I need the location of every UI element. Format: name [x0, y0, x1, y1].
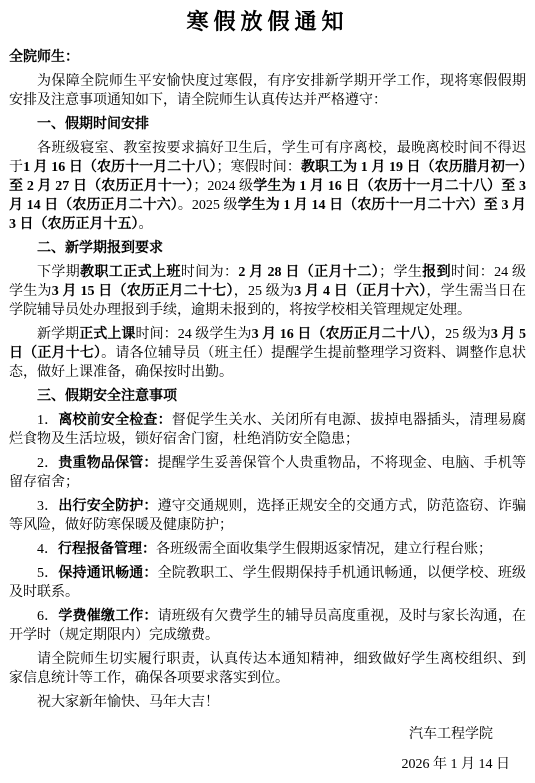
text-run: 为保障全院师生平安愉快度过寒假，有序安排新学期开学工作，现将寒假假期安排及注意事…: [9, 74, 526, 108]
bold-text-run: 教职工正式上班: [80, 265, 181, 280]
text-run: ；2024 级: [193, 179, 253, 194]
bold-text-run: 贵重物品保管：: [58, 456, 157, 471]
text-run: ，25 级为: [431, 327, 491, 342]
signature-block: 汽车工程学院 2026 年 1 月 14 日: [9, 725, 526, 774]
salutation: 全院师生：: [9, 48, 526, 67]
paragraph: 为保障全院师生平安愉快度过寒假，有序安排新学期开学工作，现将寒假假期安排及注意事…: [9, 72, 526, 110]
paragraph: 新学期正式上课时间：24 级学生为3 月 16 日（农历正月二十八），25 级为…: [9, 325, 526, 382]
text-run: 下学期: [37, 265, 80, 280]
bold-text-run: 二、新学期报到要求: [37, 241, 163, 256]
text-run: 请全院师生切实履行职责，认真传达本通知精神，细致做好学生离校组织、到家信息统计等…: [9, 652, 526, 686]
bold-text-run: 学费催缴工作：: [58, 609, 157, 624]
paragraph: 下学期教职工正式上班时间为：2 月 28 日（正月十二）；学生报到时间：24 级…: [9, 263, 526, 320]
bold-text-run: 正式上课: [79, 327, 135, 342]
bold-text-run: 3 月 15 日（农历正月二十七）: [52, 284, 234, 299]
bold-text-run: 报到: [422, 265, 451, 280]
bold-text-run: 3 月 16 日（农历正月二十八）: [252, 327, 431, 342]
text-run: 时间为：: [181, 265, 239, 280]
paragraph: 各班级寝室、教室按要求搞好卫生后，学生可有序离校，最晚离校时间不得迟于1 月 1…: [9, 139, 526, 234]
bold-text-run: 3 月 4 日（正月十六）: [294, 284, 426, 299]
paragraph: 1．离校前安全检查：督促学生关水、关闭所有电源、拔掉电器插头，清理易腐烂食物及生…: [9, 411, 526, 449]
text-run: ，25 级为: [234, 284, 295, 299]
text-run: ；学生: [379, 265, 422, 280]
text-run: 4．: [37, 542, 58, 557]
paragraph: 6．学费催缴工作：请班级有欠费学生的辅导员高度重视，及时与家长沟通，在开学时（规…: [9, 607, 526, 645]
text-run: 2．: [37, 456, 58, 471]
section-heading: 二、新学期报到要求: [9, 239, 526, 258]
paragraph: 祝大家新年愉快、马年大吉！: [9, 693, 526, 712]
paragraph: 请全院师生切实履行职责，认真传达本通知精神，细致做好学生离校组织、到家信息统计等…: [9, 650, 526, 688]
section-heading: 一、假期时间安排: [9, 115, 526, 134]
paragraph: 5．保持通讯畅通：全院教职工、学生假期保持手机通讯畅通，以便学校、班级及时联系。: [9, 564, 526, 602]
bold-text-run: 2 月 28 日（正月十二）: [238, 265, 379, 280]
text-run: 各班级需全面收集学生假期返家情况，建立行程台账；: [156, 542, 492, 557]
notice-body: 为保障全院师生平安愉快度过寒假，有序安排新学期开学工作，现将寒假假期安排及注意事…: [9, 72, 526, 712]
text-run: 1．: [37, 413, 58, 428]
text-run: 6．: [37, 609, 58, 624]
signature-date: 2026 年 1 月 14 日: [9, 755, 526, 774]
section-heading: 三、假期安全注意事项: [9, 387, 526, 406]
bold-text-run: 1 月 16 日（农历十一月二十八）: [23, 160, 216, 175]
text-run: 时间：24 级学生为: [136, 327, 252, 342]
bold-text-run: 离校前安全检查：: [58, 413, 171, 428]
bold-text-run: 一、假期时间安排: [37, 117, 149, 132]
bold-text-run: 保持通讯畅通：: [58, 566, 157, 581]
bold-text-run: 行程报备管理：: [58, 542, 156, 557]
bold-text-run: 出行安全防护：: [58, 499, 157, 514]
text-run: 。: [139, 217, 153, 232]
bold-text-run: 三、假期安全注意事项: [37, 389, 177, 404]
text-run: 。2025 级: [178, 198, 238, 213]
text-run: 祝大家新年愉快、马年大吉！: [37, 695, 219, 710]
paragraph: 4．行程报备管理：各班级需全面收集学生假期返家情况，建立行程台账；: [9, 540, 526, 559]
text-run: 5．: [37, 566, 58, 581]
paragraph: 2．贵重物品保管：提醒学生妥善保管个人贵重物品，不将现金、电脑、手机等留存宿舍；: [9, 454, 526, 492]
paragraph: 3．出行安全防护：遵守交通规则，选择正规安全的交通方式，防范盗窃、诈骗等风险，做…: [9, 497, 526, 535]
text-run: ；寒假时间：: [217, 160, 301, 175]
notice-document: 寒假放假通知 全院师生： 为保障全院师生平安愉快度过寒假，有序安排新学期开学工作…: [0, 0, 535, 783]
notice-title: 寒假放假通知: [9, 6, 526, 38]
text-run: 新学期: [37, 327, 79, 342]
text-run: 3．: [37, 499, 58, 514]
signature-org: 汽车工程学院: [9, 725, 526, 744]
